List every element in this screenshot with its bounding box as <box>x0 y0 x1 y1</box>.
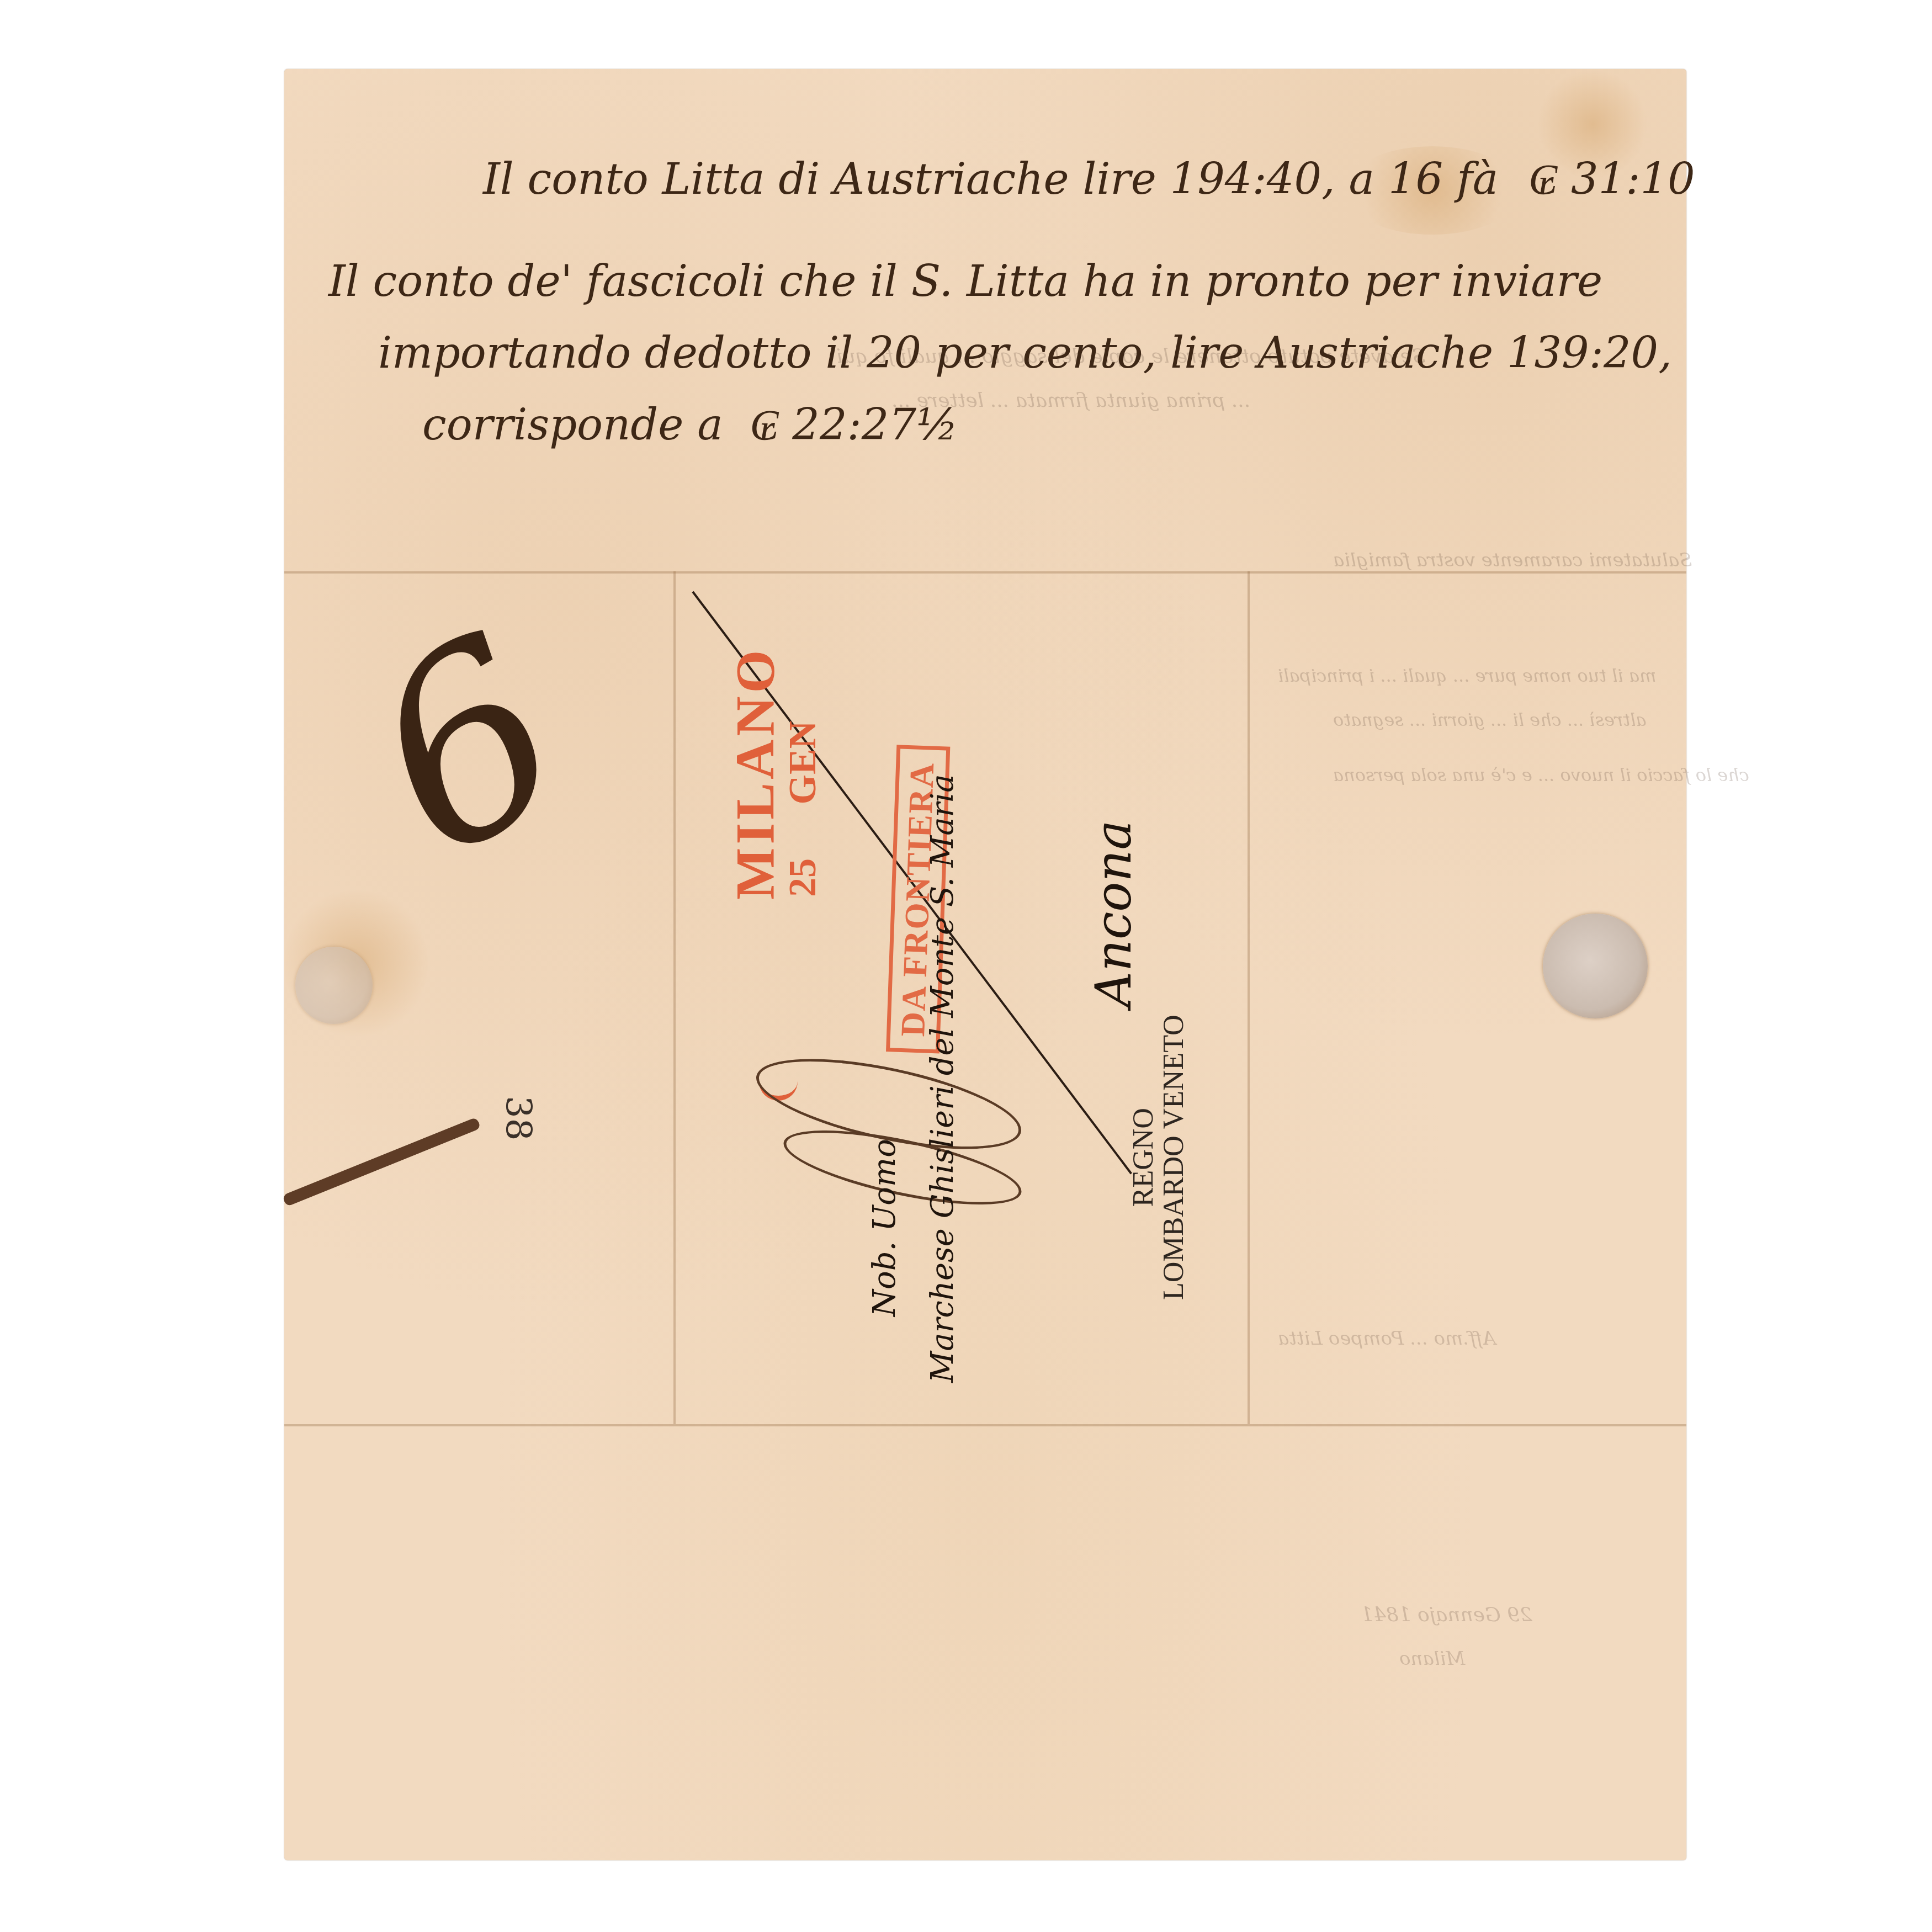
bleed-through-text: Salutatemi caramente vostra famiglia <box>1333 549 1692 571</box>
rate-numeral-6: 6 <box>323 579 611 916</box>
annotation-amount: ₢ 31:10 <box>1528 155 1695 204</box>
annotation-text: corrisponde a <box>422 400 723 450</box>
regno-line-2: LOMBARDO VENETO <box>1159 1015 1190 1300</box>
fold-line-left <box>673 571 676 1424</box>
postmark-day: 25 <box>782 858 824 897</box>
annotation-line-2: Il conto de' fascicoli che il S. Litta h… <box>328 257 1602 306</box>
postmark-regno-lombardo-veneto: REGNO LOMBARDO VENETO <box>1129 1015 1189 1300</box>
printed-fragment-38: 38 <box>497 1096 538 1140</box>
bleed-through-text: 29 Gennajo 1841 <box>1361 1604 1532 1626</box>
bleed-through-text: che lo faccio il nuovo ... e c'è una sol… <box>1333 765 1749 785</box>
postmark-city: MILANO <box>723 647 787 900</box>
bleed-through-text: Aff.mo ... Pompeo Litta <box>1278 1328 1496 1350</box>
address-line-2: Marchese Ghislieri del Monte S. Maria <box>925 774 960 1383</box>
rate-stroke <box>282 1117 481 1207</box>
fold-line-right <box>1248 571 1250 1424</box>
postmark-month: GEN <box>782 721 824 805</box>
annotation-line-4: corrisponde a ₢ 22:27½ <box>422 400 958 450</box>
address-line-1: Nob. Uomo <box>867 1139 903 1317</box>
annotation-amount: ₢ 22:27½ <box>750 400 958 450</box>
wax-seal-left <box>295 947 373 1024</box>
fold-line-bottom <box>284 1424 1686 1426</box>
annotation-text: Il conto Litta di Austriache lire 194:40… <box>483 155 1498 204</box>
annotation-line-1: Il conto Litta di Austriache lire 194:40… <box>483 155 1695 204</box>
fold-line-top <box>284 571 1686 574</box>
bleed-through-text: Milano <box>1399 1648 1465 1670</box>
bleed-through-text: ma il tuo nome pure ... quali ... i prin… <box>1278 665 1656 686</box>
annotation-line-3: importando dedotto il 20 per cento, lire… <box>378 328 1672 378</box>
postmark-date: 25 GEN <box>781 721 825 897</box>
regno-line-1: REGNO <box>1129 1015 1159 1300</box>
wax-seal <box>1543 914 1648 1018</box>
postmark-milano: MILANO <box>723 647 787 900</box>
letter-sheet: Se avete potuto ottenere le copie del sa… <box>284 69 1686 1860</box>
bleed-through-text: altresì ... che li ... giorni ... segnat… <box>1333 709 1647 730</box>
address-city: Ancona <box>1085 820 1143 1007</box>
